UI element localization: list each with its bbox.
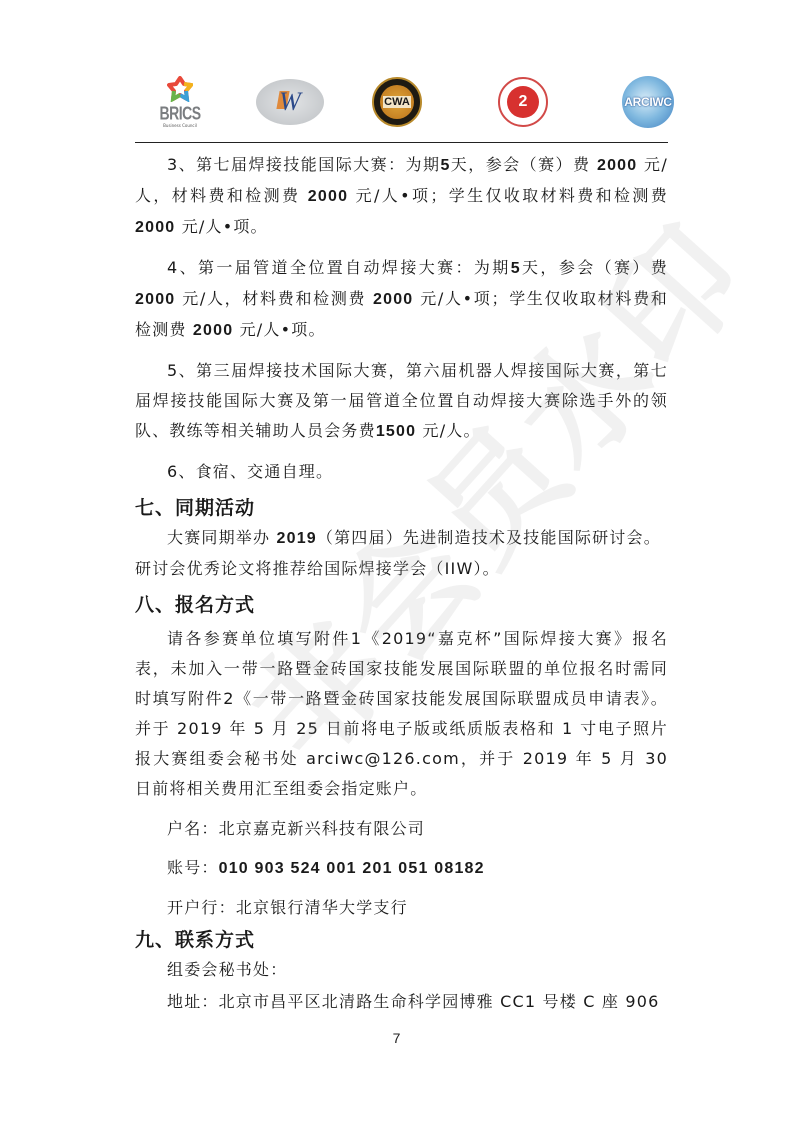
section-7-paragraph: 大赛同期举办 2019（第四届）先进制造技术及技能国际研讨会。 bbox=[135, 523, 668, 554]
iiw-logo: W bbox=[256, 72, 324, 132]
bank-line: 开户行：北京银行清华大学支行 bbox=[135, 893, 668, 923]
section-7-paragraph-2: 研讨会优秀论文将推荐给国际焊接学会（IIW）。 bbox=[135, 554, 668, 584]
cwa-emblem-icon: CWA bbox=[372, 77, 422, 127]
account-number-line: 账号：010 903 524 001 201 051 08182 bbox=[135, 853, 668, 884]
section-7-heading: 七、同期活动 bbox=[135, 493, 668, 523]
welding-society-emblem-icon: 2 bbox=[498, 77, 548, 127]
brics-logo: BRICS Business Council bbox=[155, 72, 205, 132]
fee-item-5: 5、第三届焊接技术国际大赛，第六届机器人焊接国际大赛，第七届焊接技能国际大赛及第… bbox=[135, 356, 668, 447]
header-logos: BRICS Business Council W CWA 2 ARCIWC bbox=[140, 72, 680, 134]
page-number: 7 bbox=[0, 1030, 793, 1046]
welding-society-logo: 2 bbox=[498, 72, 548, 132]
section-9-heading: 九、联系方式 bbox=[135, 925, 668, 955]
document-page: BRICS Business Council W CWA 2 ARCIWC bbox=[0, 0, 793, 1122]
arciwc-globe-icon: ARCIWC bbox=[622, 76, 674, 128]
secretariat-line: 组委会秘书处： bbox=[135, 955, 668, 985]
fee-item-4: 4、第一届管道全位置自动焊接大赛：为期5天，参会（赛）费 2000 元/人，材料… bbox=[135, 253, 668, 346]
document-body: 3、第七届焊接技能国际大赛：为期5天，参会（赛）费 2000 元/人，材料费和检… bbox=[135, 150, 668, 1026]
brics-star-icon bbox=[167, 76, 193, 102]
registration-paragraph: 请各参赛单位填写附件1《2019“嘉克杯”国际焊接大赛》报名表，未加入一带一路暨… bbox=[135, 624, 668, 804]
fee-item-3: 3、第七届焊接技能国际大赛：为期5天，参会（赛）费 2000 元/人，材料费和检… bbox=[135, 150, 668, 243]
arciwc-logo: ARCIWC bbox=[620, 72, 676, 132]
cwa-logo: CWA bbox=[372, 72, 422, 132]
header-divider bbox=[135, 142, 668, 143]
account-name-line: 户名：北京嘉克新兴科技有限公司 bbox=[135, 814, 668, 844]
fee-item-6: 6、食宿、交通自理。 bbox=[135, 457, 668, 487]
iiw-globe-icon: W bbox=[256, 79, 324, 125]
address-line: 地址：北京市昌平区北清路生命科学园博雅 CC1 号楼 C 座 906 bbox=[135, 987, 668, 1017]
section-8-heading: 八、报名方式 bbox=[135, 590, 668, 620]
